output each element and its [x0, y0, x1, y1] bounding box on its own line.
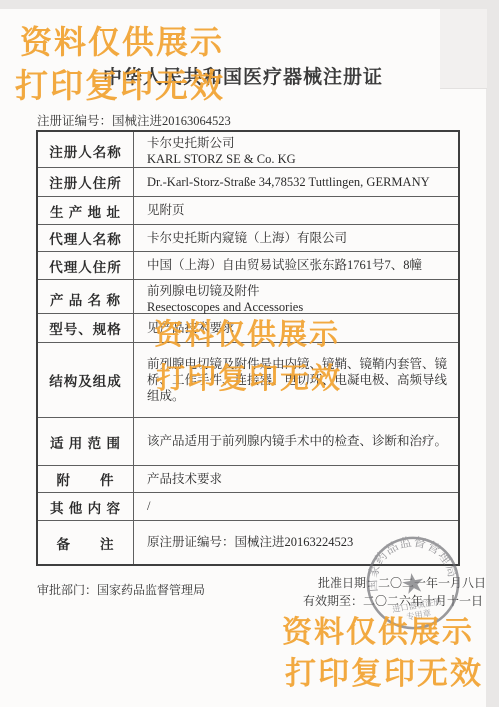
table-row-agent-name: 代理人名称 卡尔史托斯内窥镜（上海）有限公司 — [38, 225, 458, 252]
watermark-bottom-line2: 打印复印无效 — [285, 648, 483, 693]
row-label: 代理人住所 — [38, 252, 134, 279]
watermark-middle-line2: 打印复印无效 — [156, 356, 342, 397]
row-label: 结构及组成 — [38, 343, 134, 417]
registration-number: 注册证编号：国械注进20163064523 — [37, 111, 231, 129]
row-label: 备 注 — [38, 521, 134, 564]
row-label: 注册人住所 — [38, 168, 134, 196]
row-label: 附 件 — [38, 466, 134, 492]
row-value: 该产品适用于前列腺内镜手术中的检查、诊断和治疗。 — [134, 418, 458, 465]
table-row-scope-of-application: 适 用 范 围 该产品适用于前列腺内镜手术中的检查、诊断和治疗。 — [38, 418, 458, 466]
row-label: 其 他 内 容 — [38, 493, 134, 520]
row-label: 注册人名称 — [38, 132, 134, 171]
table-row-attachment: 附 件 产品技术要求 — [38, 466, 458, 493]
table-row-registrant-address: 注册人住所 Dr.-Karl-Storz-Straße 34,78532 Tut… — [38, 168, 458, 197]
row-label: 产 品 名 称 — [38, 280, 134, 319]
scan-edge-right — [486, 0, 499, 707]
row-value: 原注册证编号：国械注进20163224523 — [134, 521, 458, 564]
row-value: / — [134, 493, 458, 520]
row-label: 适 用 范 围 — [38, 418, 134, 465]
watermark-top-line1: 资料仅供展示 — [20, 17, 224, 63]
row-value: 卡尔史托斯公司 KARL STORZ SE & Co. KG — [134, 132, 458, 171]
approve-date: 批准日期：二〇二一年一月八日 — [318, 574, 486, 591]
row-value: 见附页 — [134, 197, 458, 224]
approval-department: 审批部门：国家药品监督管理局 — [37, 581, 205, 598]
table-row-product-name: 产 品 名 称 前列腺电切镜及附件 Resectoscopes and Acce… — [38, 280, 458, 314]
scan-edge-top — [0, 0, 499, 9]
row-label: 型号、规格 — [38, 314, 134, 342]
row-value: 产品技术要求 — [134, 466, 458, 492]
row-label: 代理人名称 — [38, 225, 134, 251]
table-row-other-content: 其 他 内 容 / — [38, 493, 458, 521]
certificate-page: 中华人民共和国医疗器械注册证 注册证编号：国械注进20163064523 注册人… — [0, 0, 499, 707]
table-row-registrant-name: 注册人名称 卡尔史托斯公司 KARL STORZ SE & Co. KG — [38, 132, 458, 168]
row-value: Dr.-Karl-Storz-Straße 34,78532 Tuttlinge… — [134, 168, 458, 196]
table-row-remarks: 备 注 原注册证编号：国械注进20163224523 — [38, 521, 458, 564]
row-value: 中国（上海）自由贸易试验区张东路1761号7、8幢 — [134, 252, 458, 279]
table-row-agent-address: 代理人住所 中国（上海）自由贸易试验区张东路1761号7、8幢 — [38, 252, 458, 280]
watermark-bottom-line1: 资料仅供展示 — [282, 607, 474, 651]
row-value: 卡尔史托斯内窥镜（上海）有限公司 — [134, 225, 458, 251]
watermark-middle-line1: 资料仅供展示 — [154, 312, 340, 353]
watermark-top-line2: 打印复印无效 — [15, 60, 225, 107]
table-row-production-address: 生 产 地 址 见附页 — [38, 197, 458, 225]
row-label: 生 产 地 址 — [38, 197, 134, 224]
